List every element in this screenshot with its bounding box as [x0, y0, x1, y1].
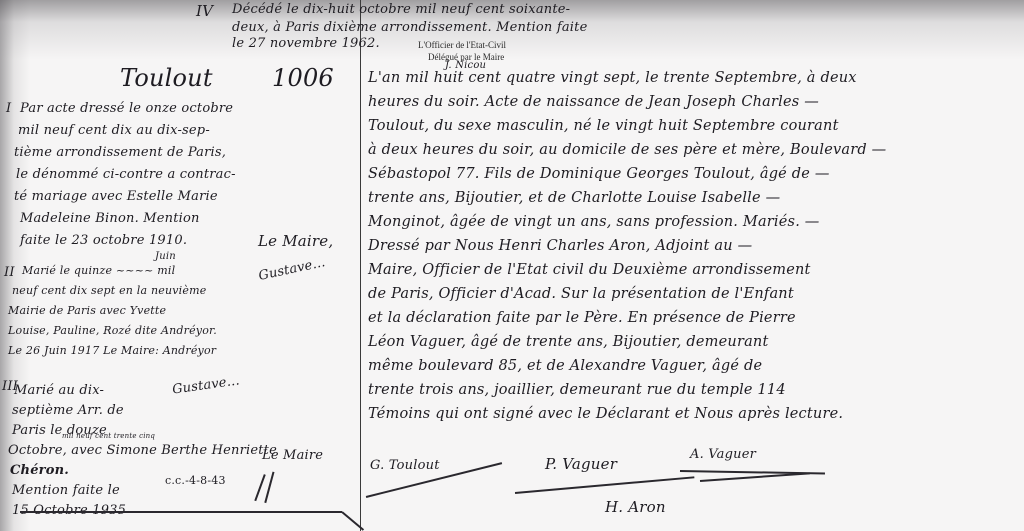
note-2-numeral: II	[4, 262, 15, 284]
note-3-inserted: mil neuf cent trente cinq	[62, 432, 155, 440]
note-3-line: Octobre, avec Simone Berthe Henriette	[8, 440, 277, 462]
act-line: Toulout, du sexe masculin, né le vingt h…	[368, 114, 839, 138]
act-line: même boulevard 85, et de Alexandre Vague…	[368, 354, 762, 378]
note-3-line: septième Arr. de	[12, 400, 124, 422]
act-line: à deux heures du soir, au domicile de se…	[368, 138, 886, 162]
header-line-2: deux, à Paris dixième arrondissement. Me…	[232, 20, 587, 35]
note-2-signature: Gustave...	[257, 255, 326, 284]
act-line: et la déclaration faite par le Père. En …	[368, 306, 796, 330]
note-2-line: Marié le quinze ~~~~ mil	[22, 264, 175, 277]
signature-a-vaguer: A. Vaguer	[690, 447, 756, 462]
note-1-line: faite le 23 octobre 1910.	[20, 230, 187, 252]
paraph-stroke	[254, 474, 265, 501]
note-2-line: Louise, Pauline, Rozé dite Andréyor.	[8, 324, 217, 337]
note-1-numeral: I	[6, 98, 11, 120]
act-line: trente ans, Bijoutier, et de Charlotte L…	[368, 186, 780, 210]
stamp-officer: L'Officier de l'Etat-Civil	[418, 40, 506, 50]
note-1-line: Madeleine Binon. Mention	[20, 208, 200, 230]
note-1-line: té mariage avec Estelle Marie	[14, 186, 218, 208]
note-3-signature: Gustave...	[171, 373, 240, 397]
note-1-line: tième arrondissement de Paris,	[14, 142, 226, 164]
act-line: L'an mil huit cent quatre vingt sept, le…	[368, 66, 857, 90]
act-line: Maire, Officier de l'Etat civil du Deuxi…	[368, 258, 811, 282]
margin-surname: Toulout	[120, 64, 213, 92]
note-3-signoff: Le Maire	[262, 448, 323, 463]
act-line: Monginot, âgée de vingt un ans, sans pro…	[368, 210, 820, 234]
paraph-stroke	[264, 472, 274, 503]
note-2-line: Le 26 Juin 1917 Le Maire: Andréyor	[8, 344, 216, 357]
act-line: Léon Vaguer, âgé de trente ans, Bijoutie…	[368, 330, 769, 354]
signature-p-vaguer: P. Vaguer	[545, 455, 617, 473]
note-2-inserted: Juin	[155, 251, 176, 262]
note-1-line: le dénommé ci-contre a contrac-	[16, 164, 236, 186]
note-3-code: c.c.-4-8-43	[165, 474, 226, 487]
signature-flourish	[515, 476, 694, 493]
column-divider	[360, 0, 361, 531]
note-3-line: Chéron.	[10, 460, 69, 482]
numeral-iv: IV	[196, 2, 213, 20]
act-line: de Paris, Officier d'Acad. Sur la présen…	[368, 282, 794, 306]
header-line-3: le 27 novembre 1962.	[232, 36, 380, 51]
note-1-line: Par acte dressé le onze octobre	[20, 98, 233, 120]
signature-flourish	[700, 472, 810, 481]
margin-bottom-rule	[20, 511, 342, 513]
scanned-register-page: IV Décédé le dix-huit octobre mil neuf c…	[0, 0, 1024, 531]
signature-aron: H. Aron	[605, 498, 666, 516]
note-1-line: mil neuf cent dix au dix-sep-	[18, 120, 210, 142]
note-1-signoff: Le Maire,	[258, 230, 333, 252]
note-2-line: neuf cent dix sept en la neuvième	[12, 284, 206, 297]
signature-toulout: G. Toulout	[370, 458, 440, 473]
act-line: Sébastopol 77. Fils de Dominique Georges…	[368, 162, 830, 186]
act-line: Dressé par Nous Henri Charles Aron, Adjo…	[368, 234, 752, 258]
note-2-line: Mairie de Paris avec Yvette	[8, 304, 166, 317]
note-3-line: Mention faite le	[12, 480, 120, 502]
act-line: Témoins qui ont signé avec le Déclarant …	[368, 402, 843, 426]
act-line: heures du soir. Acte de naissance de Jea…	[368, 90, 819, 114]
header-line-1: Décédé le dix-huit octobre mil neuf cent…	[232, 2, 570, 17]
entry-number: 1006	[272, 64, 334, 92]
note-3-line: Marié au dix-	[14, 380, 104, 402]
act-line: trente trois ans, joaillier, demeurant r…	[368, 378, 786, 402]
